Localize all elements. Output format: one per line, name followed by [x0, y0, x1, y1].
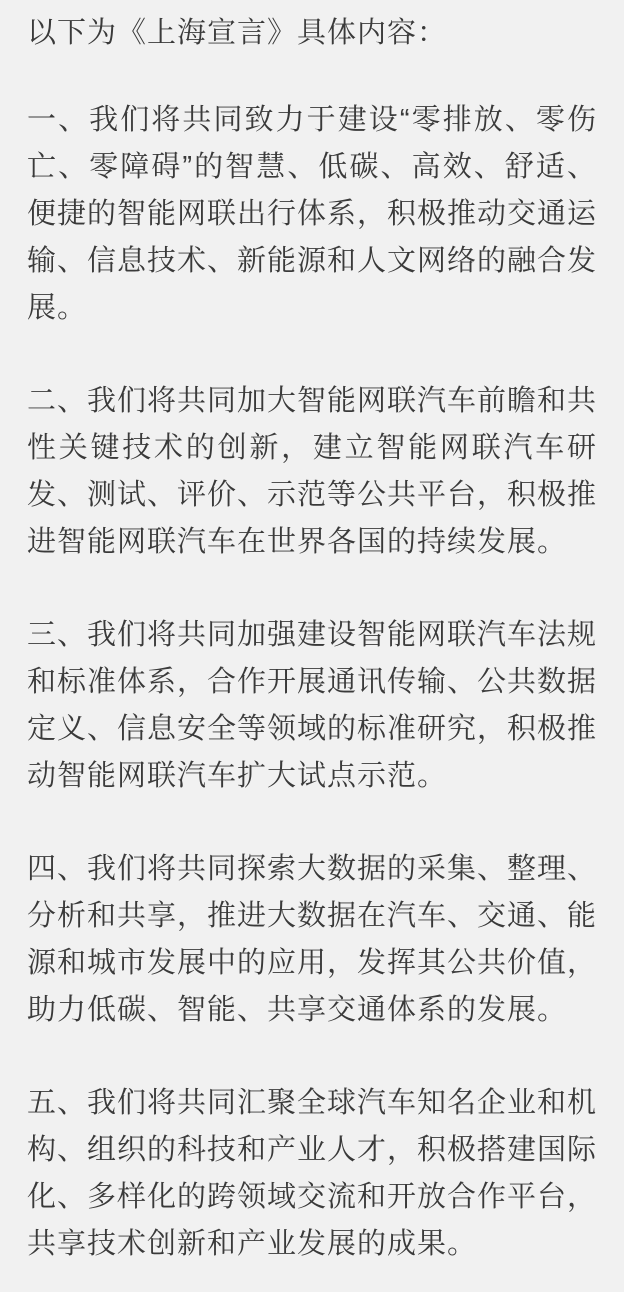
- article-paragraph: 一、我们将共同致力于建设“零排放、零伤亡、零障碍”的智慧、低碳、高效、舒适、便捷…: [27, 97, 597, 332]
- article-body: 一、我们将共同致力于建设“零排放、零伤亡、零障碍”的智慧、低碳、高效、舒适、便捷…: [27, 97, 597, 1268]
- article-paragraph: 三、我们将共同加强建设智能网联汽车法规和标准体系，合作开展通讯传输、公共数据定义…: [27, 612, 597, 800]
- article: 以下为《上海宣言》具体内容： 一、我们将共同致力于建设“零排放、零伤亡、零障碍”…: [0, 0, 624, 1292]
- article-paragraph: 五、我们将共同汇聚全球汽车知名企业和机构、组织的科技和产业人才，积极搭建国际化、…: [27, 1080, 597, 1268]
- article-intro: 以下为《上海宣言》具体内容：: [27, 10, 597, 57]
- article-paragraph: 四、我们将共同探索大数据的采集、整理、分析和共享，推进大数据在汽车、交通、能源和…: [27, 846, 597, 1034]
- article-paragraph: 二、我们将共同加大智能网联汽车前瞻和共性关键技术的创新，建立智能网联汽车研发、测…: [27, 378, 597, 566]
